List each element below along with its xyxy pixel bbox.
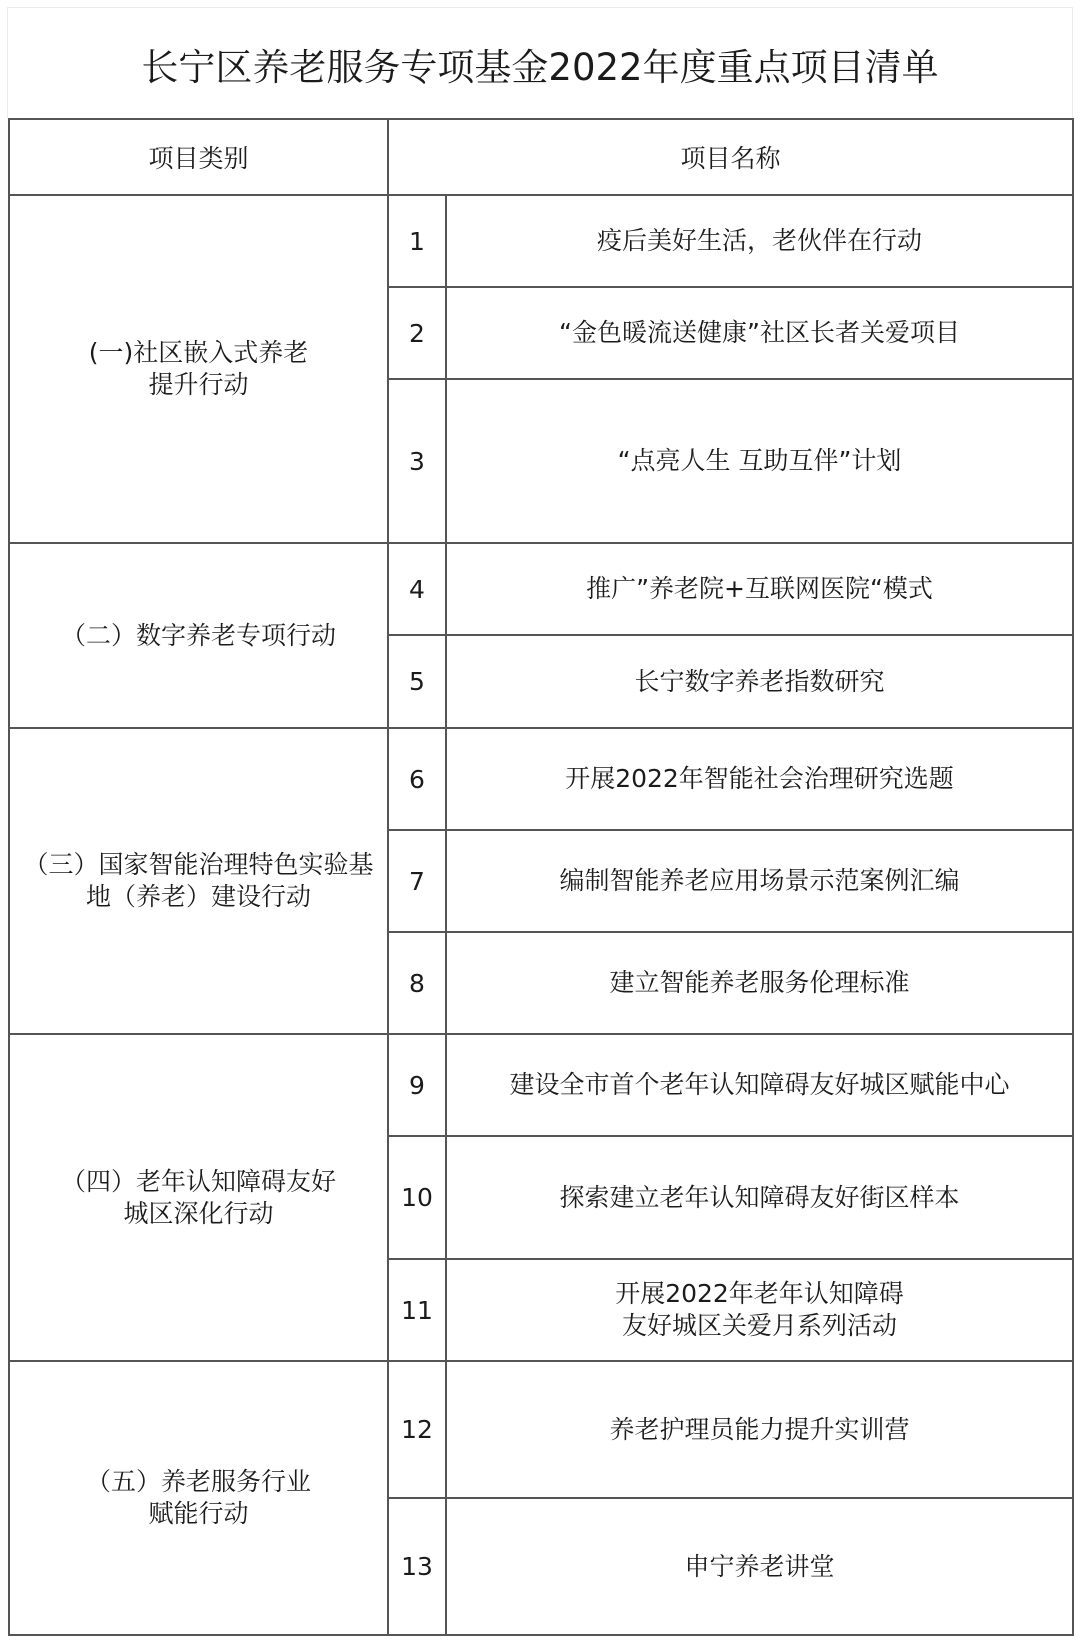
category-label: (一)社区嵌入式养老 — [10, 337, 387, 369]
item-number: 10 — [388, 1136, 446, 1259]
item-number: 5 — [388, 635, 446, 728]
item-name-text: 长宁数字养老指数研究 — [447, 666, 1072, 698]
item-number: 1 — [388, 195, 446, 287]
item-name: 建设全市首个老年认知障碍友好城区赋能中心 — [446, 1034, 1073, 1136]
category-label: （四）老年认知障碍友好 — [10, 1166, 387, 1198]
item-number: 6 — [388, 728, 446, 830]
item-name: 养老护理员能力提升实训营 — [446, 1361, 1073, 1498]
item-name: 探索建立老年认知障碍友好街区样本 — [446, 1136, 1073, 1259]
category-cell: （二）数字养老专项行动 — [9, 543, 388, 728]
item-number: 12 — [388, 1361, 446, 1498]
item-number: 13 — [388, 1498, 446, 1635]
category-label: 提升行动 — [10, 369, 387, 401]
item-name-text: 编制智能养老应用场景示范案例汇编 — [447, 865, 1072, 897]
project-table: 项目类别 项目名称 (一)社区嵌入式养老 提升行动 1 疫后美好生活，老伙伴在行… — [8, 118, 1074, 1636]
item-name-text: 养老护理员能力提升实训营 — [447, 1414, 1072, 1446]
item-name-text: 疫后美好生活，老伙伴在行动 — [447, 225, 1072, 257]
item-number: 11 — [388, 1259, 446, 1361]
item-name: 长宁数字养老指数研究 — [446, 635, 1073, 728]
category-cell: （三）国家智能治理特色实验基 地（养老）建设行动 — [9, 728, 388, 1034]
category-label: 地（养老）建设行动 — [10, 881, 387, 913]
category-label: （二）数字养老专项行动 — [10, 620, 387, 652]
item-name-text: 建设全市首个老年认知障碍友好城区赋能中心 — [447, 1069, 1072, 1101]
category-cell: （四）老年认知障碍友好 城区深化行动 — [9, 1034, 388, 1361]
item-number: 4 — [388, 543, 446, 635]
item-number: 7 — [388, 830, 446, 932]
category-label: 赋能行动 — [10, 1498, 387, 1530]
item-name: 开展2022年老年认知障碍 友好城区关爱月系列活动 — [446, 1259, 1073, 1361]
item-name-text: 探索建立老年认知障碍友好街区样本 — [447, 1182, 1072, 1214]
item-name-text: “金色暖流送健康”社区长者关爱项目 — [447, 317, 1072, 349]
table-row: （五）养老服务行业 赋能行动 12 养老护理员能力提升实训营 — [9, 1361, 1073, 1498]
category-label: 城区深化行动 — [10, 1198, 387, 1230]
item-name-text: 开展2022年老年认知障碍 — [447, 1278, 1072, 1310]
category-label: （五）养老服务行业 — [10, 1466, 387, 1498]
table-row: (一)社区嵌入式养老 提升行动 1 疫后美好生活，老伙伴在行动 — [9, 195, 1073, 287]
category-cell: (一)社区嵌入式养老 提升行动 — [9, 195, 388, 543]
item-number: 8 — [388, 932, 446, 1034]
item-name-text: 开展2022年智能社会治理研究选题 — [447, 763, 1072, 795]
item-number: 3 — [388, 379, 446, 543]
title-box: 长宁区养老服务专项基金2022年度重点项目清单 — [7, 7, 1073, 119]
header-row: 项目类别 项目名称 — [9, 119, 1073, 195]
table-row: （四）老年认知障碍友好 城区深化行动 9 建设全市首个老年认知障碍友好城区赋能中… — [9, 1034, 1073, 1136]
item-name-text: 友好城区关爱月系列活动 — [447, 1310, 1072, 1342]
category-cell: （五）养老服务行业 赋能行动 — [9, 1361, 388, 1635]
document-title: 长宁区养老服务专项基金2022年度重点项目清单 — [141, 37, 938, 91]
table-row: （三）国家智能治理特色实验基 地（养老）建设行动 6 开展2022年智能社会治理… — [9, 728, 1073, 830]
item-name: 疫后美好生活，老伙伴在行动 — [446, 195, 1073, 287]
item-name-text: 推广”养老院+互联网医院“模式 — [447, 573, 1072, 605]
item-name-text: 申宁养老讲堂 — [447, 1551, 1072, 1583]
item-name: 编制智能养老应用场景示范案例汇编 — [446, 830, 1073, 932]
item-name-text: “点亮人生 互助互伴”计划 — [447, 445, 1072, 477]
item-number: 2 — [388, 287, 446, 379]
item-name: 开展2022年智能社会治理研究选题 — [446, 728, 1073, 830]
header-project-name: 项目名称 — [388, 119, 1073, 195]
item-name: 建立智能养老服务伦理标准 — [446, 932, 1073, 1034]
table-row: （二）数字养老专项行动 4 推广”养老院+互联网医院“模式 — [9, 543, 1073, 635]
item-name: 推广”养老院+互联网医院“模式 — [446, 543, 1073, 635]
header-category: 项目类别 — [9, 119, 388, 195]
item-name: 申宁养老讲堂 — [446, 1498, 1073, 1635]
category-label: （三）国家智能治理特色实验基 — [10, 849, 387, 881]
item-name-text: 建立智能养老服务伦理标准 — [447, 967, 1072, 999]
item-name: “点亮人生 互助互伴”计划 — [446, 379, 1073, 543]
item-number: 9 — [388, 1034, 446, 1136]
item-name: “金色暖流送健康”社区长者关爱项目 — [446, 287, 1073, 379]
